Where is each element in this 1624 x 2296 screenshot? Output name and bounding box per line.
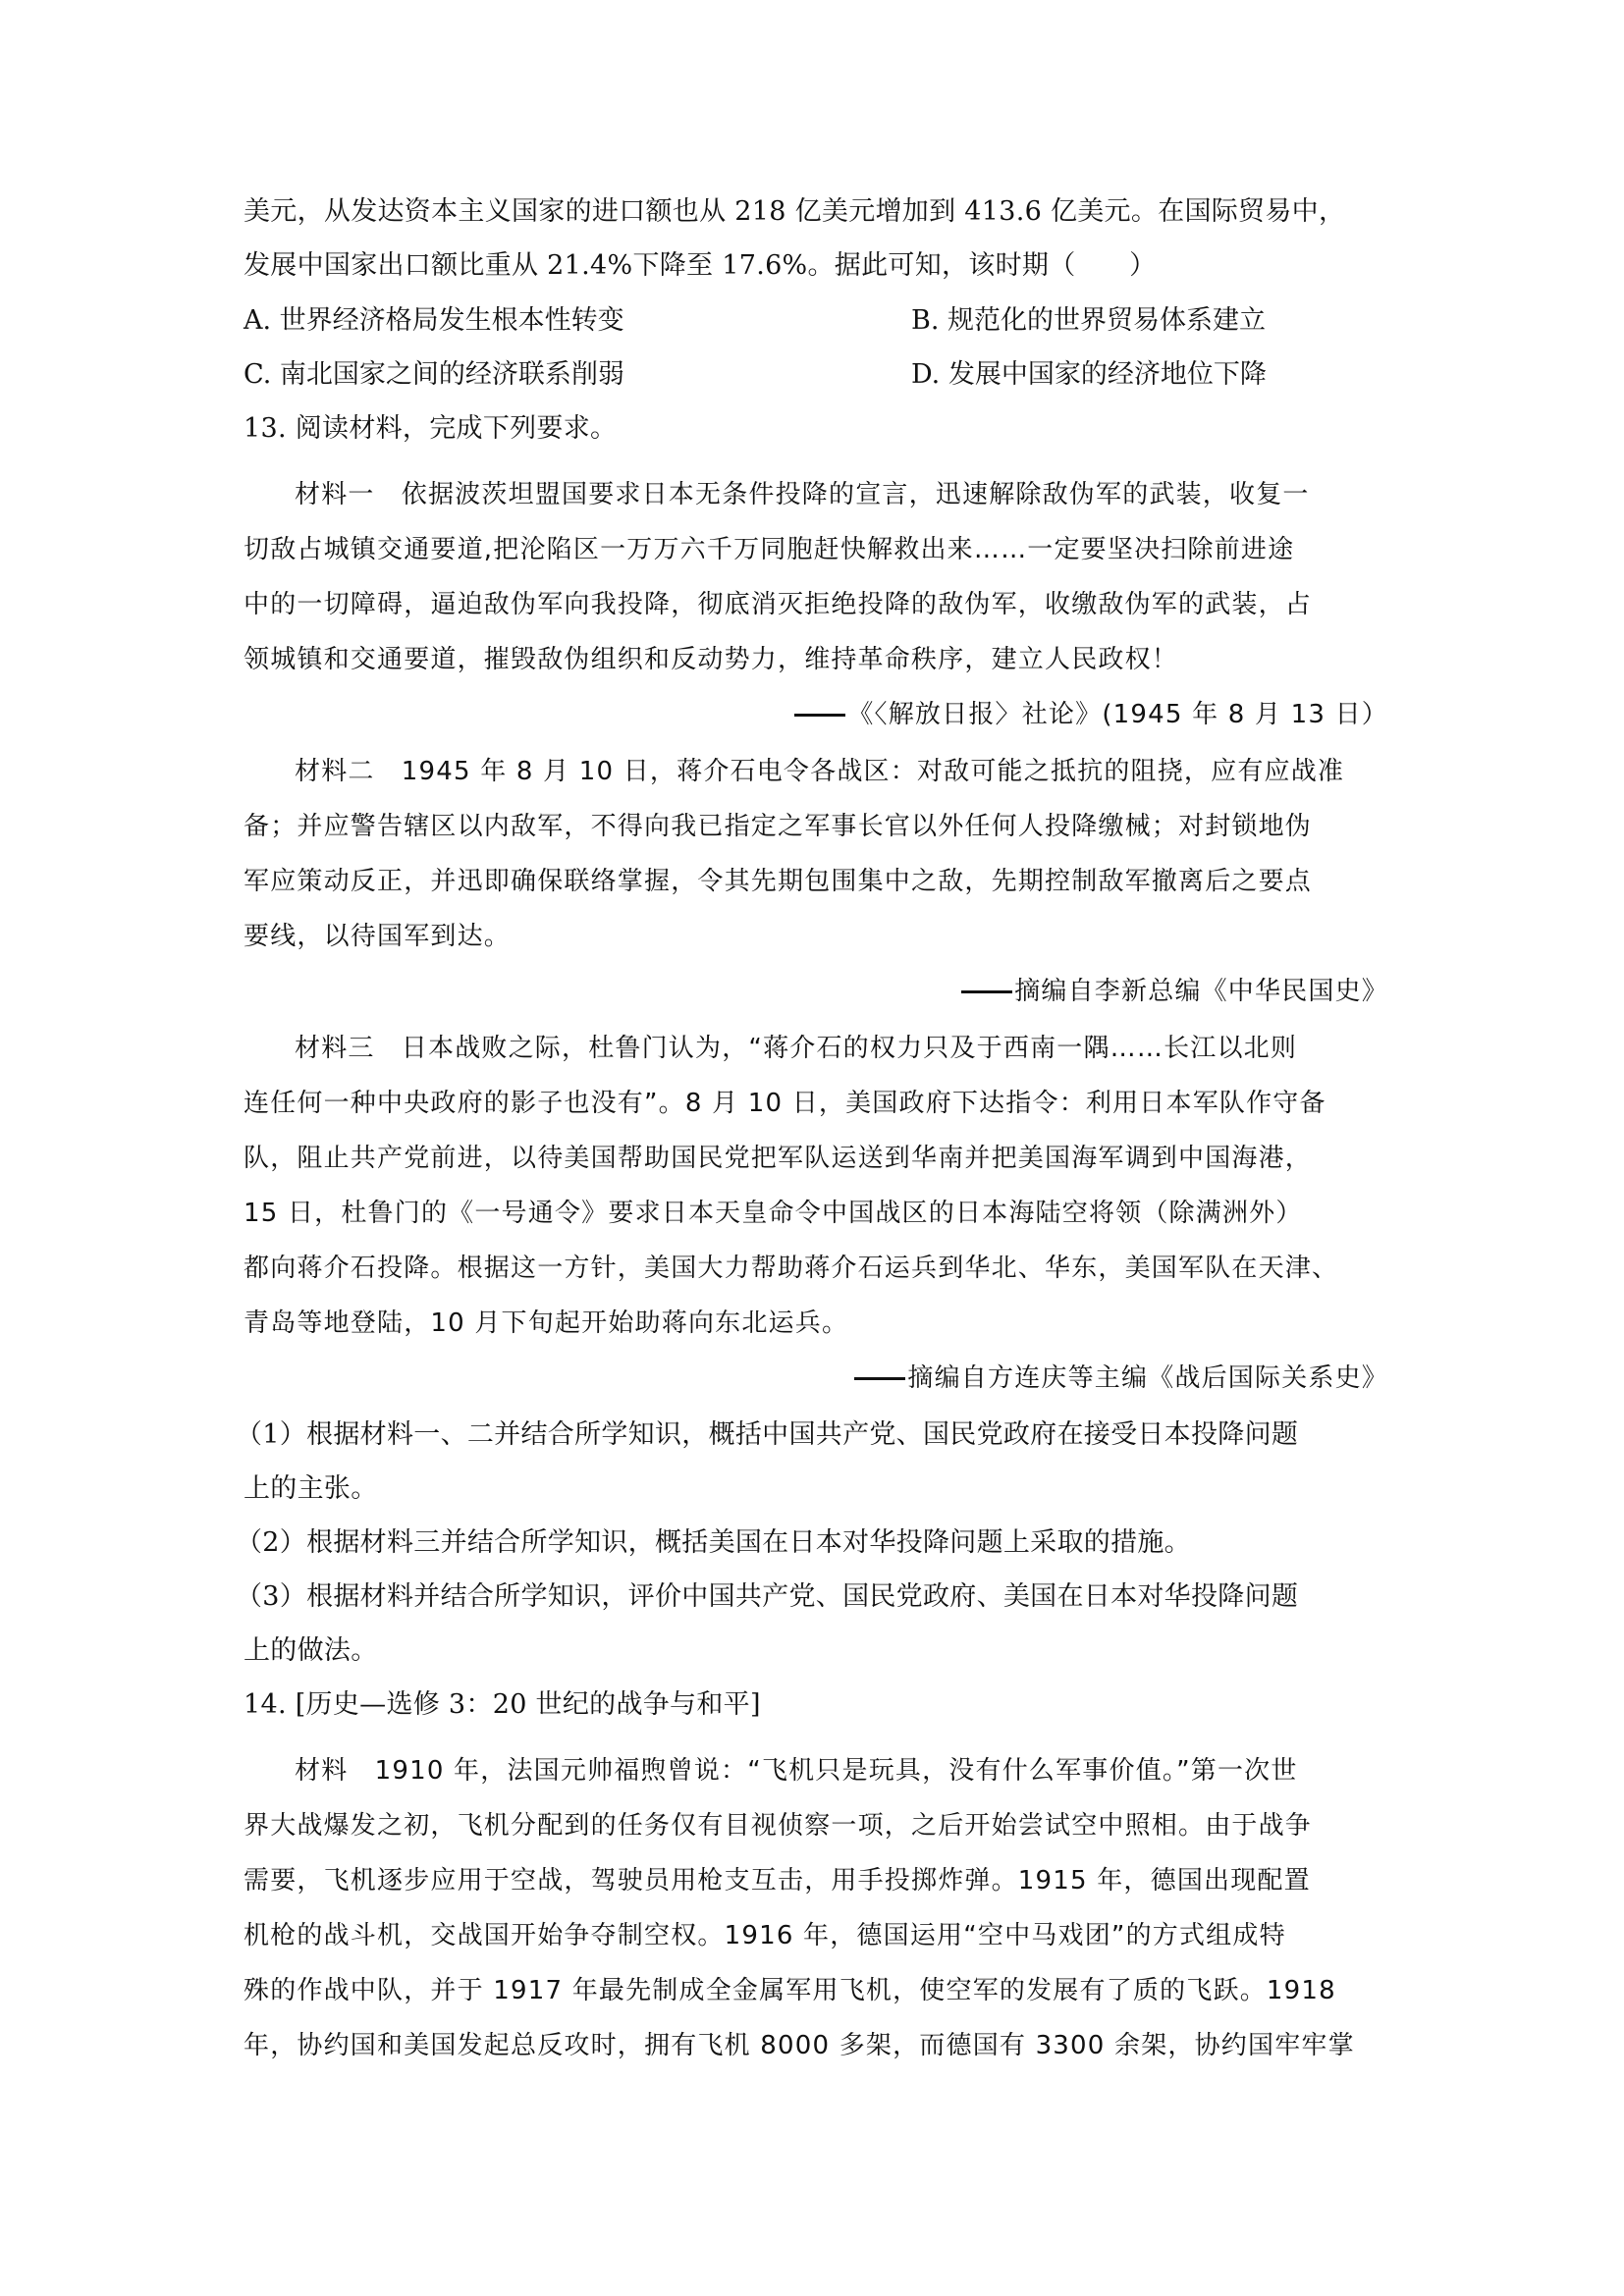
q12-option-b: B. 规范化的世界贸易体系建立 xyxy=(911,301,1266,341)
q13-material3-line-2: 连任何一种中央政府的影子也没有”。8 月 10 日，美国政府下达指令：利用日本军… xyxy=(244,1084,1390,1123)
q13-material1-line-1: 材料一 依据波茨坦盟国要求日本无条件投降的宣言，迅速解除敌伪军的武装，收复一 xyxy=(295,475,1390,514)
source-text: 摘编自李新总编《中华民国史》 xyxy=(1014,977,1388,1006)
q13-material2-line-4: 要线，以待国军到达。 xyxy=(244,917,1390,956)
q13-material3-line-5: 都向蒋介石投降。根据这一方针，美国大力帮助蒋介石运兵到华北、华东，美国军队在天津… xyxy=(244,1249,1390,1288)
q13-material3-line-3: 队，阻止共产党前进，以待美国帮助国民党把军队运送到华南并把美国海军调到中国海港， xyxy=(244,1139,1390,1178)
q14-material-line-1: 材料 1910 年，法国元帅福煦曾说：“飞机只是玩具，没有什么军事价值。”第一次… xyxy=(295,1751,1390,1790)
q13-material2-line-3: 军应策动反正，并迅即确保联络掌握，令其先期包围集中之敌，先期控制敌军撤离后之要点 xyxy=(244,862,1390,901)
q12-stem-line-1: 美元，从发达资本主义国家的进口额也从 218 亿美元增加到 413.6 亿美元。… xyxy=(244,192,1390,232)
q13-material3-source: 摘编自方连庆等主编《战后国际关系史》 xyxy=(854,1359,1388,1398)
q12-option-a: A. 世界经济格局发生根本性转变 xyxy=(244,301,624,341)
q13-material2-source: 摘编自李新总编《中华民国史》 xyxy=(961,972,1388,1011)
q13-question-3-line-2: 上的做法。 xyxy=(244,1631,1390,1671)
citation-dash xyxy=(794,714,845,717)
q12-option-c: C. 南北国家之间的经济联系削弱 xyxy=(244,355,624,395)
q13-material2-line-2: 备；并应警告辖区以内敌军，不得向我已指定之军事长官以外任何人投降缴械；对封锁地伪 xyxy=(244,807,1390,846)
q13-material1-source: 《〈解放日报〉社论》(1945 年 8 月 13 日） xyxy=(794,695,1388,734)
q12-stem-line-2: 发展中国家出口额比重从 21.4%下降至 17.6%。据此可知，该时期（ ） xyxy=(244,246,1390,286)
q14-title: 14. [历史—选修 3：20 世纪的战争与和平] xyxy=(244,1685,1390,1725)
q14-material-line-6: 年，协约国和美国发起总反攻时，拥有飞机 8000 多架，而德国有 3300 余架… xyxy=(244,2026,1390,2065)
q14-material-line-3: 需要，飞机逐步应用于空战，驾驶员用枪支互击，用手投掷炸弹。1915 年，德国出现… xyxy=(244,1861,1390,1900)
q12-option-d: D. 发展中国家的经济地位下降 xyxy=(911,355,1267,395)
q13-material1-line-3: 中的一切障碍，逼迫敌伪军向我投降，彻底消灭拒绝投降的敌伪军，收缴敌伪军的武装，占 xyxy=(244,585,1390,624)
q14-material-line-2: 界大战爆发之初，飞机分配到的任务仅有目视侦察一项，之后开始尝试空中照相。由于战争 xyxy=(244,1806,1390,1845)
q13-material1-line-2: 切敌占城镇交通要道,把沦陷区一万万六千万同胞赶快解救出来……一定要坚决扫除前进途 xyxy=(244,530,1390,569)
q13-material3-line-4: 15 日，杜鲁门的《一号通令》要求日本天皇命令中国战区的日本海陆空将领（除满洲外… xyxy=(244,1194,1390,1233)
citation-dash xyxy=(961,990,1012,993)
q13-material3-line-1: 材料三 日本战败之际，杜鲁门认为，“蒋介石的权力只及于西南一隅……长江以北则 xyxy=(295,1029,1390,1068)
q14-material-line-5: 殊的作战中队，并于 1917 年最先制成全金属军用飞机，使空军的发展有了质的飞跃… xyxy=(244,1971,1390,2010)
q14-material-line-4: 机枪的战斗机，交战国开始争夺制空权。1916 年，德国运用“空中马戏团”的方式组… xyxy=(244,1916,1390,1955)
citation-dash xyxy=(854,1377,905,1380)
source-text: 《〈解放日报〉社论》(1945 年 8 月 13 日） xyxy=(847,700,1388,729)
q13-title: 13. 阅读材料，完成下列要求。 xyxy=(244,409,1390,449)
q13-material3-line-6: 青岛等地登陆，10 月下旬起开始助蒋向东北运兵。 xyxy=(244,1304,1390,1343)
q13-material2-line-1: 材料二 1945 年 8 月 10 日，蒋介石电令各战区：对敌可能之抵抗的阻挠，… xyxy=(295,752,1390,791)
q13-question-3-line-1: （3）根据材料并结合所学知识，评价中国共产党、国民党政府、美国在日本对华投降问题 xyxy=(236,1577,1382,1617)
source-text: 摘编自方连庆等主编《战后国际关系史》 xyxy=(907,1363,1388,1393)
q13-question-1-line-2: 上的主张。 xyxy=(244,1469,1390,1509)
q13-question-1-line-1: （1）根据材料一、二并结合所学知识，概括中国共产党、国民党政府在接受日本投降问题 xyxy=(236,1415,1382,1455)
q13-material1-line-4: 领城镇和交通要道，摧毁敌伪组织和反动势力，维持革命秩序，建立人民政权！ xyxy=(244,640,1390,679)
q13-question-2: （2）根据材料三并结合所学知识，概括美国在日本对华投降问题上采取的措施。 xyxy=(236,1523,1382,1563)
exam-page: 美元，从发达资本主义国家的进口额也从 218 亿美元增加到 413.6 亿美元。… xyxy=(0,0,1624,2296)
